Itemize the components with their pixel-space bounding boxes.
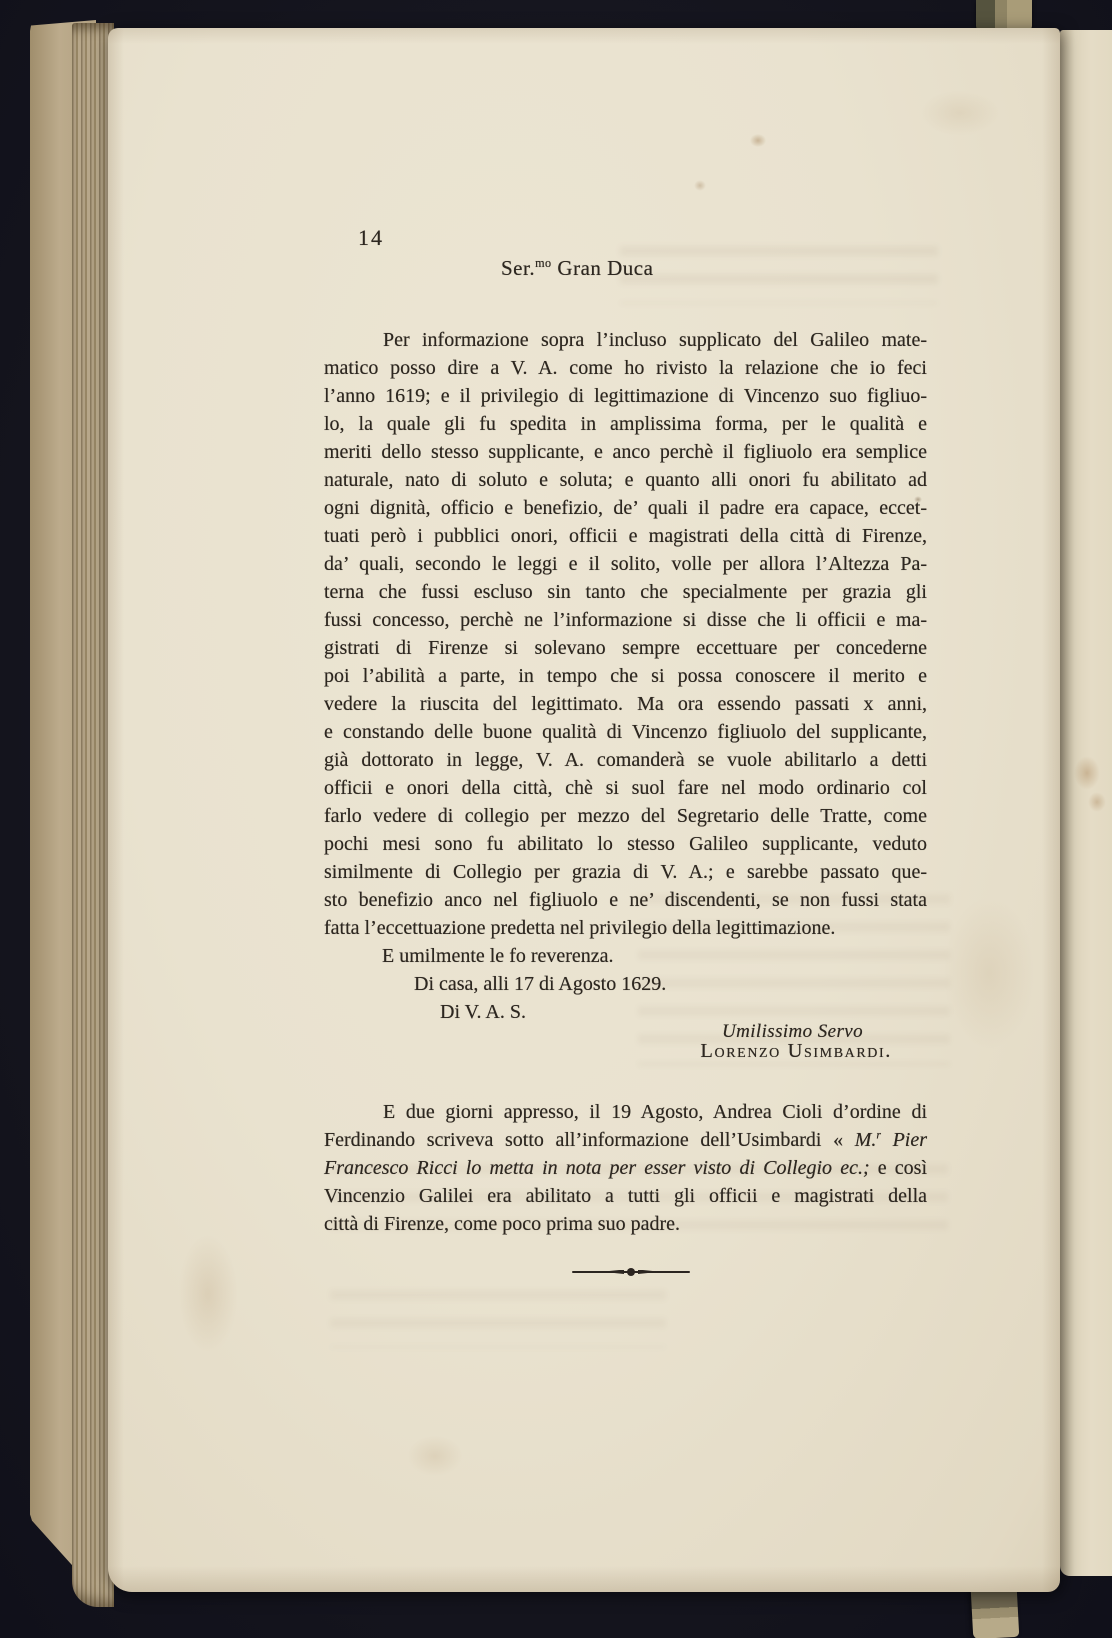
letter-body-line: meriti dello stesso supplicante, e anco … bbox=[324, 438, 927, 466]
afterword-line: E due giorni appresso, il 19 Agosto, And… bbox=[324, 1098, 927, 1126]
afterword-segment: e così bbox=[870, 1157, 927, 1179]
afterword-segment: Pier bbox=[881, 1129, 927, 1151]
letter-body-line: fussi concesso, perchè ne l’informazione… bbox=[324, 606, 927, 634]
letter-body-line: naturale, nato di soluto e soluta; e qua… bbox=[324, 466, 927, 494]
letter-body-line: sto benefizio anco nel figliuolo e ne’ d… bbox=[324, 886, 927, 914]
letter-body-line: terna che fussi escluso sin tanto che sp… bbox=[324, 578, 927, 606]
binding-tab-top bbox=[976, 0, 1032, 30]
letter-body: Per informazione sopra l’incluso supplic… bbox=[324, 326, 927, 942]
letter-closing: E umilmente le fo reverenza. Di casa, al… bbox=[324, 942, 927, 1026]
letter-body-line: fatta l’eccettuazione predetta nel privi… bbox=[324, 914, 927, 942]
afterword-segment: Vincenzio Galilei era abilitato a tutti … bbox=[324, 1185, 927, 1207]
closing-line: Di casa, alli 17 di Agosto 1629. bbox=[414, 970, 927, 998]
afterword-segment: E due giorni appresso, il 19 Agosto, And… bbox=[383, 1101, 927, 1123]
signature: Lorenzo Usimbardi. bbox=[700, 1040, 892, 1063]
foxing-stain bbox=[944, 898, 1034, 1048]
afterword-segment: M. bbox=[855, 1129, 877, 1151]
afterword-segment: città di Firenze, come poco prima suo pa… bbox=[324, 1213, 680, 1235]
afterword-line: Francesco Ricci lo metta in nota per ess… bbox=[324, 1154, 927, 1182]
foxing-stain bbox=[1088, 792, 1106, 812]
afterword-line: città di Firenze, come poco prima suo pa… bbox=[324, 1210, 927, 1238]
page-number: 14 bbox=[358, 225, 384, 251]
foxing-stain bbox=[178, 1234, 238, 1354]
scanned-book-photo: 14 Ser.mo Gran Duca Per informazione sop… bbox=[0, 0, 1112, 1638]
letter-body-line: pochi mesi sono fu abilitato lo stesso G… bbox=[324, 830, 927, 858]
foxing-stain bbox=[920, 90, 1000, 136]
heading-salutation: Ser. bbox=[501, 256, 535, 280]
heading-title: Gran Duca bbox=[552, 256, 654, 280]
letter-body-line: gistrati di Firenze si solevano sempre e… bbox=[324, 634, 927, 662]
letter-body-line: poi l’abilità a parte, in tempo che si p… bbox=[324, 662, 927, 690]
letter-body-line: da’ quali, secondo le leggi e il solito,… bbox=[324, 550, 927, 578]
letter-body-line: Per informazione sopra l’incluso supplic… bbox=[324, 326, 927, 354]
letter-heading: Ser.mo Gran Duca bbox=[501, 256, 653, 281]
letter-body-line: già dottorato in legge, V. A. comanderà … bbox=[324, 746, 927, 774]
letter-body-line: e constando delle buone qualità di Vince… bbox=[324, 718, 927, 746]
foxing-stain bbox=[408, 1436, 462, 1476]
foxing-stain bbox=[750, 134, 766, 147]
letter-body-line: ogni dignità, officio e benefizio, de’ q… bbox=[324, 494, 927, 522]
letter-body-line: lo, la quale gli fu spedita in amplissim… bbox=[324, 410, 927, 438]
divider-center-dot bbox=[627, 1268, 635, 1276]
show-through-text bbox=[620, 246, 938, 304]
letter-body-line: tuati però i pubblici onori, officii e m… bbox=[324, 522, 927, 550]
letter-body-line: similmente di Collegio per grazia di V. … bbox=[324, 858, 927, 886]
show-through-text bbox=[330, 1290, 666, 1348]
letter-body-line: matico posso dire a V. A. come ho rivist… bbox=[324, 354, 927, 382]
letter-body-line: officii e onori della città, chè si suol… bbox=[324, 774, 927, 802]
afterword-line: Vincenzio Galilei era abilitato a tutti … bbox=[324, 1182, 927, 1210]
afterword-segment: Francesco Ricci lo metta in nota per ess… bbox=[324, 1157, 870, 1179]
book-page: 14 Ser.mo Gran Duca Per informazione sop… bbox=[108, 28, 1060, 1592]
letter-body-line: vedere la riuscita del legittimato. Ma o… bbox=[324, 690, 927, 718]
afterword-line: Ferdinando scriveva sotto all’informazio… bbox=[324, 1126, 927, 1154]
binding-tab-bottom bbox=[971, 1587, 1020, 1638]
afterword-segment: Ferdinando scriveva sotto all’informazio… bbox=[324, 1129, 855, 1151]
letter-body-line: farlo vedere di collegio per mezzo del S… bbox=[324, 802, 927, 830]
heading-superscript: mo bbox=[535, 256, 552, 270]
afterword-body: E due giorni appresso, il 19 Agosto, And… bbox=[324, 1098, 927, 1238]
foxing-stain bbox=[1074, 756, 1100, 790]
foxing-stain bbox=[694, 180, 706, 191]
letter-body-line: l’anno 1619; e il privilegio di legittim… bbox=[324, 382, 927, 410]
facing-page-sliver bbox=[1060, 30, 1112, 1576]
closing-line: E umilmente le fo reverenza. bbox=[382, 942, 927, 970]
divider-ornament bbox=[572, 1266, 690, 1278]
